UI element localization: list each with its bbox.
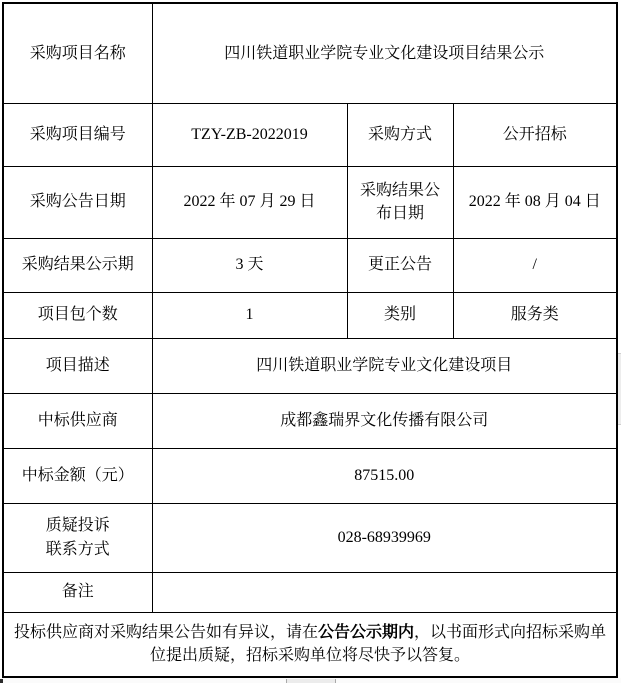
value-project-name: 四川铁道职业学院专业文化建设项目结果公示 bbox=[152, 3, 617, 103]
value-project-description: 四川铁道职业学院专业文化建设项目 bbox=[152, 338, 617, 393]
page: 采购项目名称 四川铁道职业学院专业文化建设项目结果公示 采购项目编号 TZY-Z… bbox=[0, 0, 621, 683]
horizontal-scrollbar-thumb[interactable] bbox=[286, 679, 336, 683]
label-winning-supplier: 中标供应商 bbox=[3, 393, 152, 448]
value-category: 服务类 bbox=[453, 292, 617, 338]
table-row: 投标供应商对采购结果公告如有异议，请在公告公示期内，以书面形式向招标采购单位提出… bbox=[3, 612, 617, 677]
horizontal-scrollbar[interactable] bbox=[0, 678, 621, 683]
label-result-publicity-period: 采购结果公示期 bbox=[3, 238, 152, 292]
value-result-publish-date: 2022 年 08 月 04 日 bbox=[453, 166, 617, 238]
value-winning-supplier: 成都鑫瑞界文化传播有限公司 bbox=[152, 393, 617, 448]
value-correction-notice: / bbox=[453, 238, 617, 292]
table-row: 采购项目编号 TZY-ZB-2022019 采购方式 公开招标 bbox=[3, 103, 617, 166]
label-package-count: 项目包个数 bbox=[3, 292, 152, 338]
label-winning-amount: 中标金额（元） bbox=[3, 448, 152, 503]
table-row: 采购公告日期 2022 年 07 月 29 日 采购结果公 布日期 2022 年… bbox=[3, 166, 617, 238]
table-row: 项目包个数 1 类别 服务类 bbox=[3, 292, 617, 338]
label-category: 类别 bbox=[347, 292, 453, 338]
table-row: 采购结果公示期 3 天 更正公告 / bbox=[3, 238, 617, 292]
label-project-number: 采购项目编号 bbox=[3, 103, 152, 166]
value-remarks bbox=[152, 572, 617, 612]
value-announcement-date: 2022 年 07 月 29 日 bbox=[152, 166, 347, 238]
value-winning-amount: 87515.00 bbox=[152, 448, 617, 503]
table-row: 质疑投诉 联系方式 028-68939969 bbox=[3, 503, 617, 572]
value-inquiry-contact: 028-68939969 bbox=[152, 503, 617, 572]
value-procurement-method: 公开招标 bbox=[453, 103, 617, 166]
value-package-count: 1 bbox=[152, 292, 347, 338]
label-result-publish-date: 采购结果公 布日期 bbox=[347, 166, 453, 238]
label-remarks: 备注 bbox=[3, 572, 152, 612]
value-project-number: TZY-ZB-2022019 bbox=[152, 103, 347, 166]
label-announcement-date: 采购公告日期 bbox=[3, 166, 152, 238]
table-row: 备注 bbox=[3, 572, 617, 612]
label-correction-notice: 更正公告 bbox=[347, 238, 453, 292]
value-result-publicity-period: 3 天 bbox=[152, 238, 347, 292]
objection-note-bold: 公告公示期内 bbox=[318, 624, 414, 641]
table-row: 中标供应商 成都鑫瑞界文化传播有限公司 bbox=[3, 393, 617, 448]
horizontal-scrollbar-edge-mark bbox=[0, 679, 3, 683]
label-project-name: 采购项目名称 bbox=[3, 3, 152, 103]
label-project-description: 项目描述 bbox=[3, 338, 152, 393]
label-procurement-method: 采购方式 bbox=[347, 103, 453, 166]
procurement-result-table: 采购项目名称 四川铁道职业学院专业文化建设项目结果公示 采购项目编号 TZY-Z… bbox=[2, 2, 618, 678]
table-row: 项目描述 四川铁道职业学院专业文化建设项目 bbox=[3, 338, 617, 393]
objection-note-prefix: 投标供应商对采购结果公告如有异议，请在 bbox=[14, 624, 318, 641]
label-inquiry-contact: 质疑投诉 联系方式 bbox=[3, 503, 152, 572]
table-row: 采购项目名称 四川铁道职业学院专业文化建设项目结果公示 bbox=[3, 3, 617, 103]
objection-note-cell: 投标供应商对采购结果公告如有异议，请在公告公示期内，以书面形式向招标采购单位提出… bbox=[3, 612, 617, 677]
table-row: 中标金额（元） 87515.00 bbox=[3, 448, 617, 503]
